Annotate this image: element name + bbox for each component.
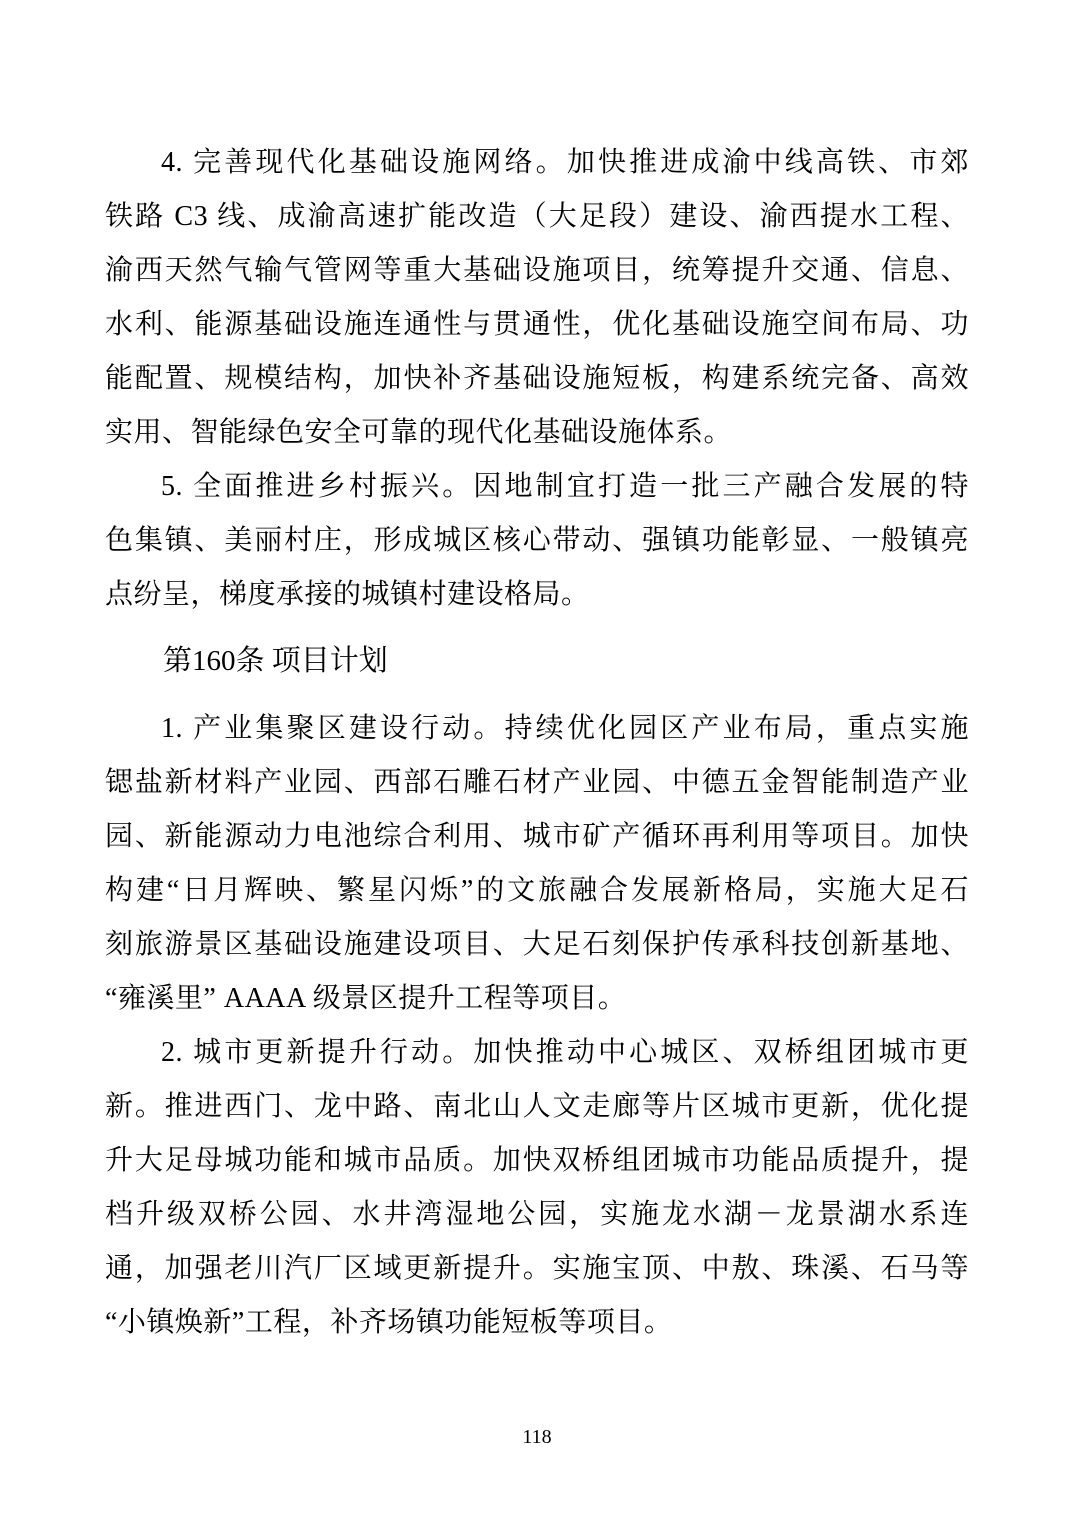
item2-line-4: 档升级双桥公园、水井湾湿地公园，实施龙水湖－龙景湖水系连	[105, 1188, 969, 1242]
page-number: 118	[0, 1424, 1074, 1450]
item2-line-1: 2. 城市更新提升行动。加快推动中心城区、双桥组团城市更	[105, 1026, 969, 1080]
para4-line-2: 铁路 C3 线、成渝高速扩能改造（大足段）建设、渝西提水工程、	[105, 190, 969, 244]
para4-line-4: 水利、能源基础设施连通性与贯通性，优化基础设施空间布局、功	[105, 298, 969, 352]
para5-line-3: 点纷呈，梯度承接的城镇村建设格局。	[105, 568, 969, 622]
para4-line-6: 实用、智能绿色安全可靠的现代化基础设施体系。	[105, 406, 969, 460]
item2-line-2: 新。推进西门、龙中路、南北山人文走廊等片区城市更新，优化提	[105, 1080, 969, 1134]
item1-line-2: 锶盐新材料产业园、西部石雕石材产业园、中德五金智能制造产业	[105, 756, 969, 810]
document-page: 4. 完善现代化基础设施网络。加快推进成渝中线高铁、市郊 铁路 C3 线、成渝高…	[0, 0, 1074, 1520]
para4-line-1: 4. 完善现代化基础设施网络。加快推进成渝中线高铁、市郊	[105, 136, 969, 190]
item2-line-6: “小镇焕新”工程，补齐场镇功能短板等项目。	[105, 1296, 969, 1350]
para5-line-2: 色集镇、美丽村庄，形成城区核心带动、强镇功能彰显、一般镇亮	[105, 514, 969, 568]
item1-line-5: 刻旅游景区基础设施建设项目、大足石刻保护传承科技创新基地、	[105, 918, 969, 972]
document-body: 4. 完善现代化基础设施网络。加快推进成渝中线高铁、市郊 铁路 C3 线、成渝高…	[105, 136, 969, 1350]
para4-line-5: 能配置、规模结构，加快补齐基础设施短板，构建系统完备、高效	[105, 352, 969, 406]
item1-line-3: 园、新能源动力电池综合利用、城市矿产循环再利用等项目。加快	[105, 810, 969, 864]
item2-line-3: 升大足母城功能和城市品质。加快双桥组团城市功能品质提升，提	[105, 1134, 969, 1188]
item1-line-1: 1. 产业集聚区建设行动。持续优化园区产业布局，重点实施	[105, 702, 969, 756]
article-heading: 第160条 项目计划	[105, 634, 969, 688]
item2-line-5: 通，加强老川汽厂区域更新提升。实施宝顶、中敖、珠溪、石马等	[105, 1242, 969, 1296]
item1-line-6: “雍溪里” AAAA 级景区提升工程等项目。	[105, 972, 969, 1026]
para5-line-1: 5. 全面推进乡村振兴。因地制宜打造一批三产融合发展的特	[105, 460, 969, 514]
item1-line-4: 构建“日月辉映、繁星闪烁”的文旅融合发展新格局，实施大足石	[105, 864, 969, 918]
para4-line-3: 渝西天然气输气管网等重大基础设施项目，统筹提升交通、信息、	[105, 244, 969, 298]
